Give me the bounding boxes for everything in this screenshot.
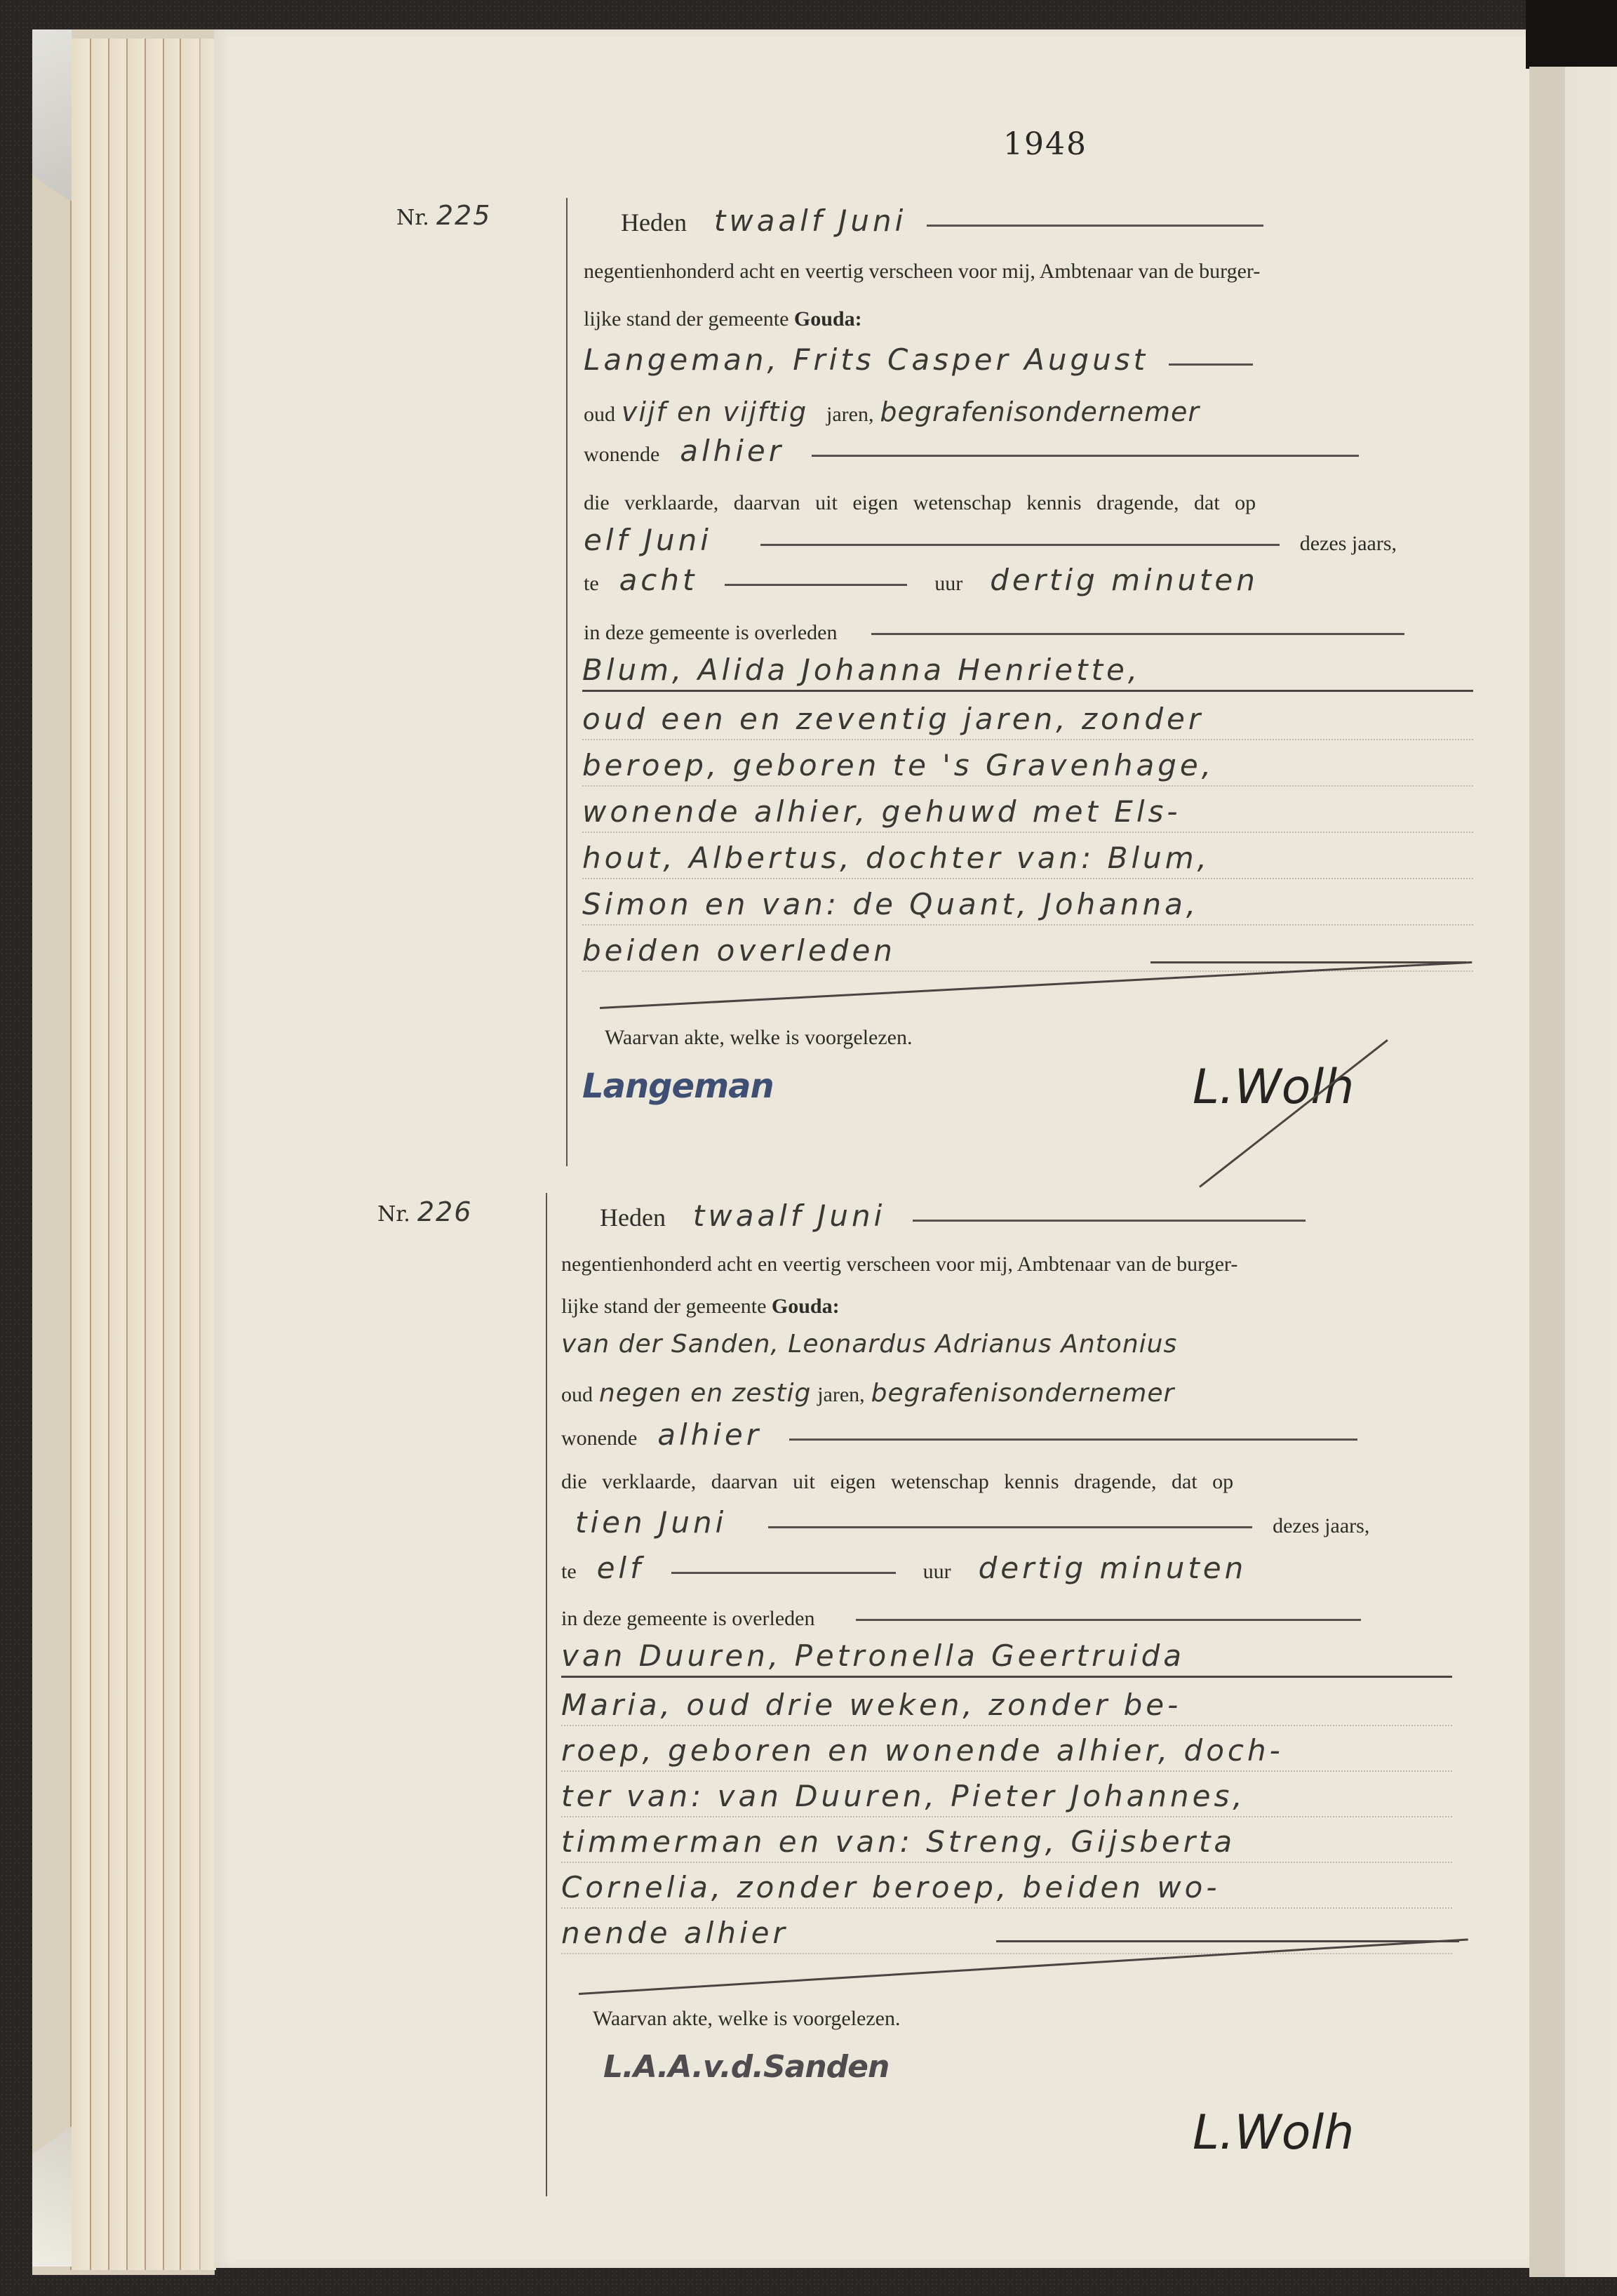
wonende-label: wonende (584, 443, 659, 466)
uur-label: uur (934, 572, 962, 595)
death-hour: elf (597, 1551, 644, 1585)
declarant-residence-line: wonende alhier (561, 1417, 1357, 1452)
overleden-line: in deze gemeente is overleden (561, 1607, 1361, 1631)
fill-rule (913, 1220, 1306, 1222)
page-year: 1948 (1003, 126, 1087, 162)
deceased-detail-line: ter van: van Duuren, Pieter Johannes, (561, 1779, 1452, 1817)
entry-number: Nr.225 (396, 200, 491, 231)
deceased-detail-line: hout, Albertus, dochter van: Blum, (582, 841, 1473, 879)
page-edge (163, 39, 181, 2270)
fill-rule (812, 455, 1359, 457)
deceased-detail-line: Maria, oud drie weken, zonder be- (561, 1688, 1452, 1726)
deceased-name: van Duuren, Petronella Geertruida (561, 1638, 1452, 1678)
declarant-residence-line: wonende alhier (584, 434, 1359, 468)
fill-rule (789, 1439, 1357, 1441)
te-label: te (584, 572, 599, 595)
page-edge (145, 39, 164, 2270)
deceased-detail-line: roep, geboren en wonende alhier, doch- (561, 1733, 1452, 1772)
preamble-line-1: negentienhonderd acht en veertig versche… (584, 260, 1260, 283)
overleden-label: in deze gemeente is overleden (584, 621, 838, 644)
page-edge (180, 39, 201, 2270)
death-date-line: tien Juni dezes jaars, (575, 1505, 1369, 1540)
heden-label: Heden (600, 1203, 666, 1232)
fill-rule (1169, 363, 1253, 366)
death-minutes: dertig minuten (990, 563, 1259, 597)
declarant-signature: L.A.A.v.d.Sanden (603, 2049, 889, 2085)
nr-label: Nr. (377, 1202, 410, 1227)
declarant-signature: Langeman (582, 1067, 774, 1106)
written-date: twaalf Juni (693, 1199, 885, 1233)
municipality-name: Gouda: (772, 1295, 840, 1318)
declarant-age-line: oud negen en zestig jaren, begrafenisond… (561, 1379, 1174, 1408)
closing-text: Waarvan akte, welke is voorgelezen. (605, 1026, 913, 1050)
overleden-line: in deze gemeente is overleden (584, 621, 1404, 645)
page-edge (108, 39, 128, 2270)
death-time-line: te acht uur dertig minuten (584, 563, 1259, 597)
deceased-detail-line: wonende alhier, gehuwd met Els- (582, 794, 1473, 833)
binding-tab-top (32, 29, 72, 201)
declarant-age: vijf en vijftig (622, 396, 807, 427)
declaration-text: die verklaarde, daarvan uit eigen wetens… (584, 491, 1256, 515)
background-gap (1526, 0, 1617, 69)
preamble-text: lijke stand der gemeente (561, 1295, 772, 1318)
heden-label: Heden (621, 208, 687, 236)
uur-label: uur (923, 1560, 951, 1583)
fill-rule (671, 1572, 896, 1574)
death-hour: acht (619, 563, 698, 597)
declaration-text: die verklaarde, daarvan uit eigen wetens… (561, 1470, 1233, 1494)
municipality-name: Gouda: (794, 307, 862, 331)
deceased-detail-line: beiden overleden (582, 933, 1473, 972)
heden-line: Heden twaalf Juni (600, 1199, 1306, 1233)
wonende-label: wonende (561, 1427, 637, 1450)
fill-rule (927, 225, 1263, 227)
deceased-detail-line: oud een en zeventig jaren, zonder (582, 702, 1473, 740)
official-signature: L.Wolh (1193, 1060, 1354, 1115)
death-date: elf Juni (584, 523, 712, 557)
deceased-detail-line: beroep, geboren te 's Gravenhage, (582, 748, 1473, 787)
death-date: tien Juni (575, 1505, 727, 1540)
declarant-age-line: oud vijf en vijftig jaren, begrafenisond… (584, 396, 1200, 427)
declarant-name: Langeman, Frits Casper August (584, 342, 1148, 377)
fill-rule (856, 1619, 1361, 1621)
page-edge (90, 39, 109, 2270)
fill-rule (768, 1526, 1252, 1528)
fill-rule (725, 584, 907, 586)
te-label: te (561, 1560, 577, 1583)
nr-label: Nr. (396, 206, 429, 230)
deceased-detail-line: Simon en van: de Quant, Johanna, (582, 887, 1473, 926)
official-signature: L.Wolh (1193, 2105, 1354, 2161)
declarant-residence: alhier (657, 1417, 762, 1452)
deceased-detail-line: Cornelia, zonder beroep, beiden wo- (561, 1870, 1452, 1909)
overleden-label: in deze gemeente is overleden (561, 1607, 815, 1630)
oud-label: oud (561, 1383, 593, 1406)
nr-value: 225 (436, 200, 492, 231)
adjacent-page-edge (1529, 67, 1617, 2277)
declarant-residence: alhier (680, 434, 784, 468)
fill-rule (871, 633, 1404, 635)
preamble-line-1: negentienhonderd acht en veertig versche… (561, 1253, 1237, 1276)
fill-rule (760, 544, 1280, 546)
page-edge (126, 39, 146, 2270)
margin-rule (546, 1193, 547, 2196)
preamble-line-2: lijke stand der gemeente Gouda: (561, 1295, 840, 1319)
written-date: twaalf Juni (714, 203, 906, 238)
margin-rule (566, 198, 568, 1166)
dezes-jaars-label: dezes jaars, (1300, 532, 1397, 555)
death-time-line: te elf uur dertig minuten (561, 1551, 1247, 1585)
preamble-line-2: lijke stand der gemeente Gouda: (584, 307, 862, 331)
declarant-name-line: van der Sanden, Leonardus Adrianus Anton… (561, 1330, 1177, 1359)
declarant-name-line: Langeman, Frits Casper August (584, 342, 1253, 377)
declarant-occupation: begrafenisondernemer (880, 396, 1200, 427)
jaren-label: jaren, (817, 1383, 864, 1406)
death-date-line: elf Juni dezes jaars, (584, 523, 1397, 557)
page-edge (70, 39, 91, 2270)
preamble-text: lijke stand der gemeente (584, 307, 794, 331)
fill-rule (996, 1940, 1459, 1942)
fill-rule (1150, 961, 1466, 963)
deceased-detail-line: timmerman en van: Streng, Gijsberta (561, 1824, 1452, 1863)
declarant-occupation: begrafenisondernemer (871, 1379, 1175, 1408)
closing-text: Waarvan akte, welke is voorgelezen. (593, 2007, 901, 2031)
dezes-jaars-label: dezes jaars, (1273, 1514, 1369, 1537)
death-minutes: dertig minuten (979, 1551, 1247, 1585)
heden-line: Heden twaalf Juni (621, 203, 1263, 238)
jaren-label: jaren, (826, 403, 873, 426)
oud-label: oud (584, 403, 615, 426)
nr-value: 226 (417, 1196, 473, 1227)
declarant-name: van der Sanden, Leonardus Adrianus Anton… (561, 1330, 1177, 1359)
deceased-name: Blum, Alida Johanna Henriette, (582, 653, 1473, 692)
declarant-age: negen en zestig (599, 1379, 811, 1408)
entry-number: Nr.226 (377, 1196, 472, 1227)
